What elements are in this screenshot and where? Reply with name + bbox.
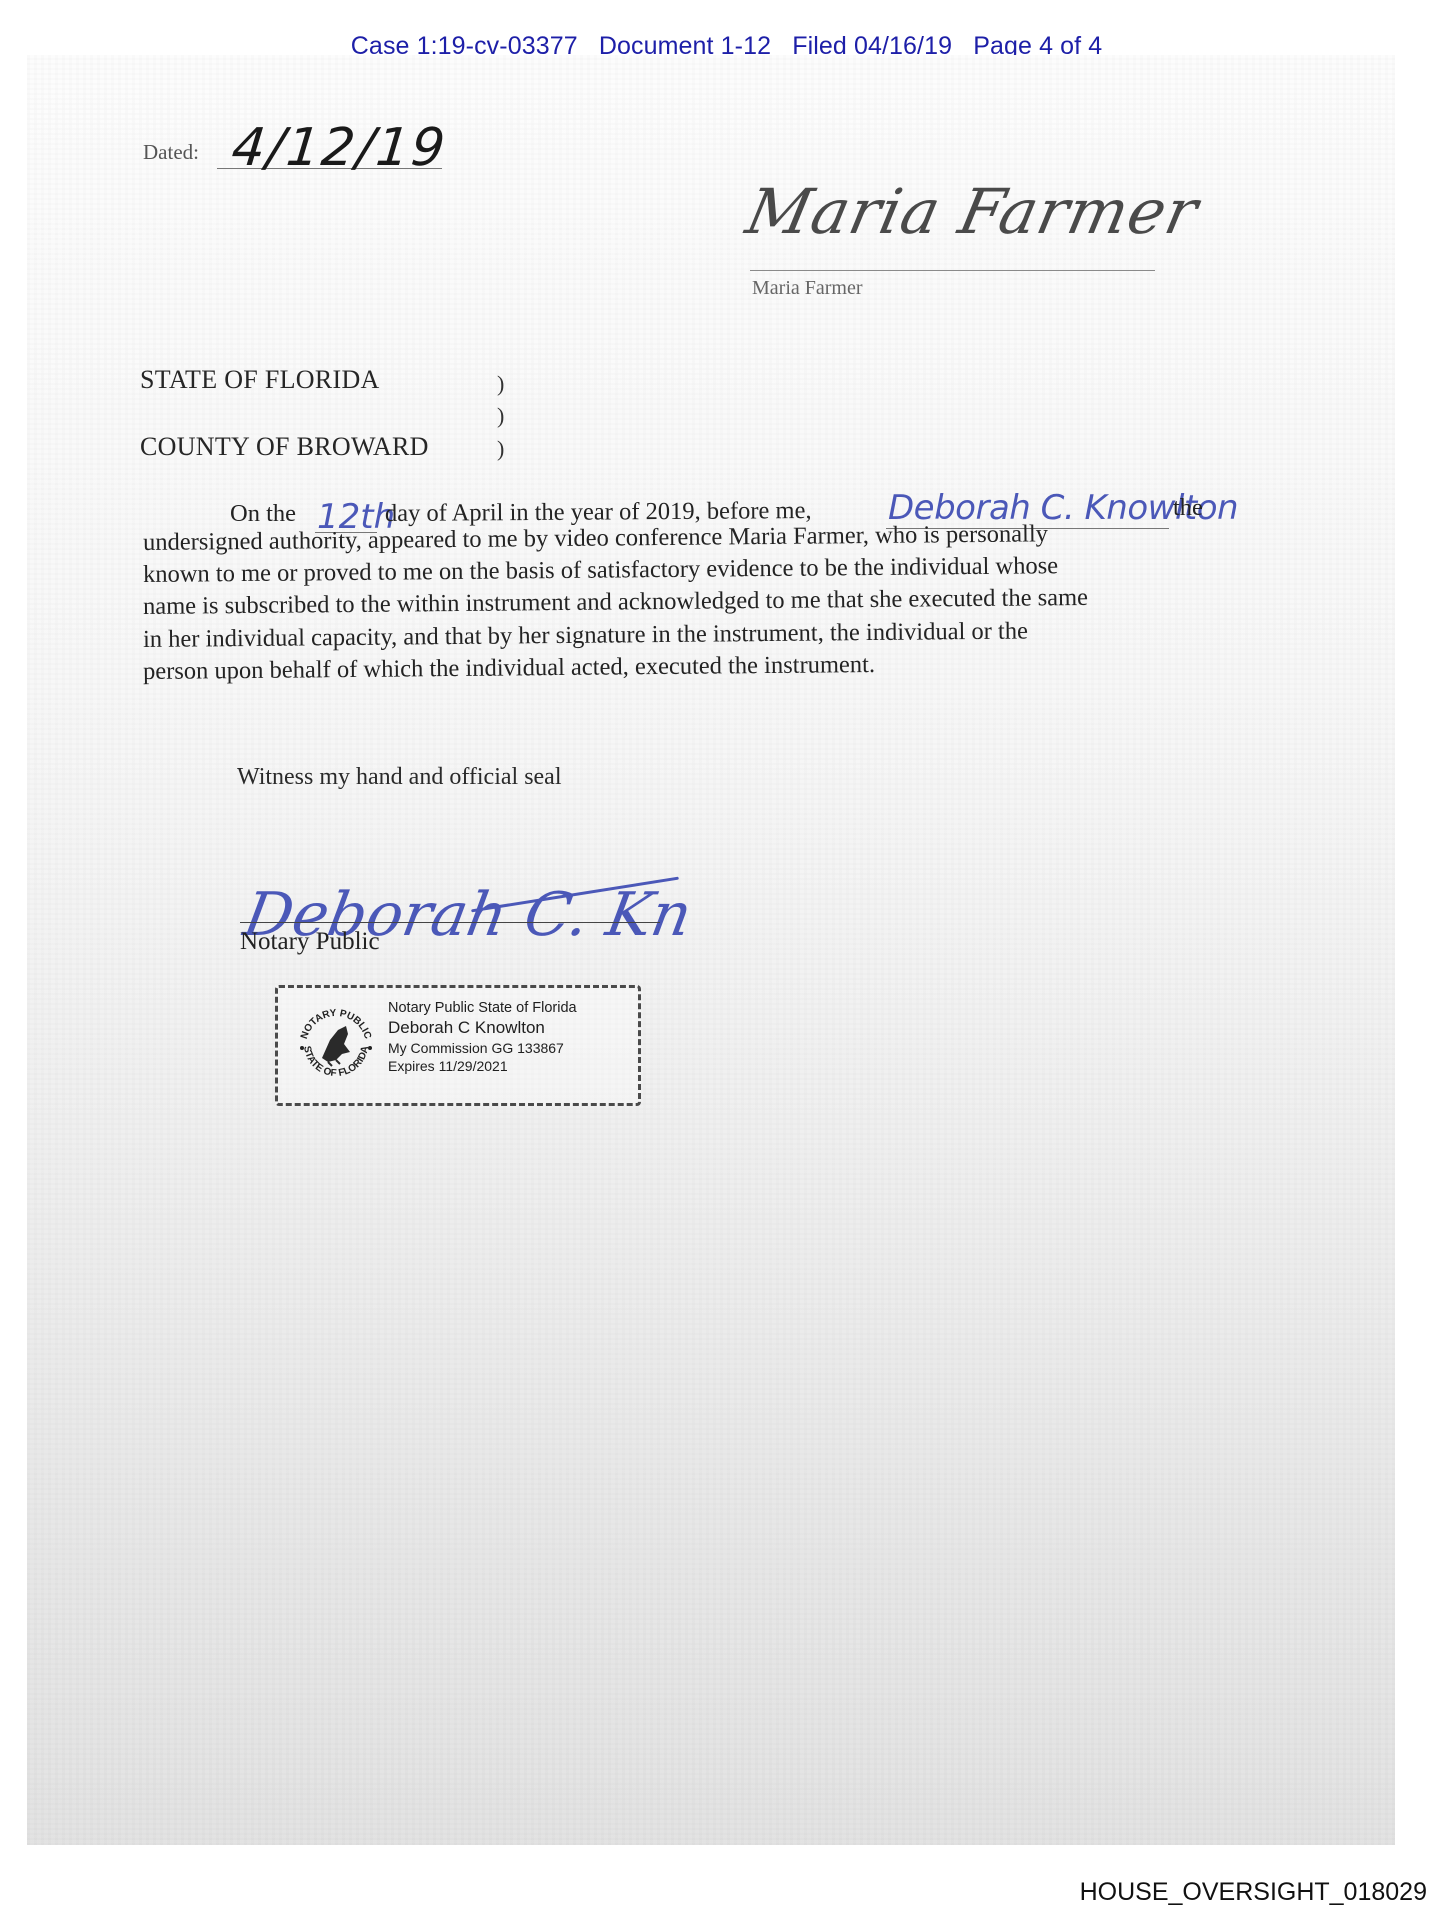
- ack-line-1a: On the: [230, 500, 296, 528]
- venue-bracket: ): [497, 371, 504, 397]
- bates-number: HOUSE_OVERSIGHT_018029: [1080, 1878, 1427, 1907]
- seal-notary-name: Deborah C Knowlton: [388, 1018, 545, 1038]
- witness-statement: Witness my hand and official seal: [237, 764, 562, 791]
- venue-state: STATE OF FLORIDA: [140, 365, 380, 395]
- affiant-signature: Maria Farmer: [740, 175, 1205, 248]
- affiant-signature-line: [750, 270, 1155, 271]
- dated-handwritten-value: 4/12/19: [229, 118, 450, 178]
- notary-signature-line: [240, 922, 660, 923]
- venue-bracket: ): [497, 436, 504, 462]
- dated-label: Dated:: [143, 140, 199, 165]
- notary-public-label: Notary Public: [240, 928, 380, 956]
- notary-seal-stamp: NOTARY PUBLIC STATE OF FLORIDA Notary Pu…: [275, 985, 641, 1106]
- affiant-printed-name: Maria Farmer: [752, 277, 863, 300]
- seal-expiration: Expires 11/29/2021: [388, 1058, 508, 1074]
- scanned-page: [27, 55, 1395, 1845]
- venue-bracket: ): [497, 403, 504, 429]
- venue-county: COUNTY OF BROWARD: [140, 432, 429, 462]
- seal-commission-state: Notary Public State of Florida: [388, 1000, 577, 1016]
- florida-notary-emblem-icon: NOTARY PUBLIC STATE OF FLORIDA: [292, 1000, 380, 1088]
- seal-commission-number: My Commission GG 133867: [388, 1040, 564, 1056]
- ack-line-1c: the: [1173, 494, 1203, 522]
